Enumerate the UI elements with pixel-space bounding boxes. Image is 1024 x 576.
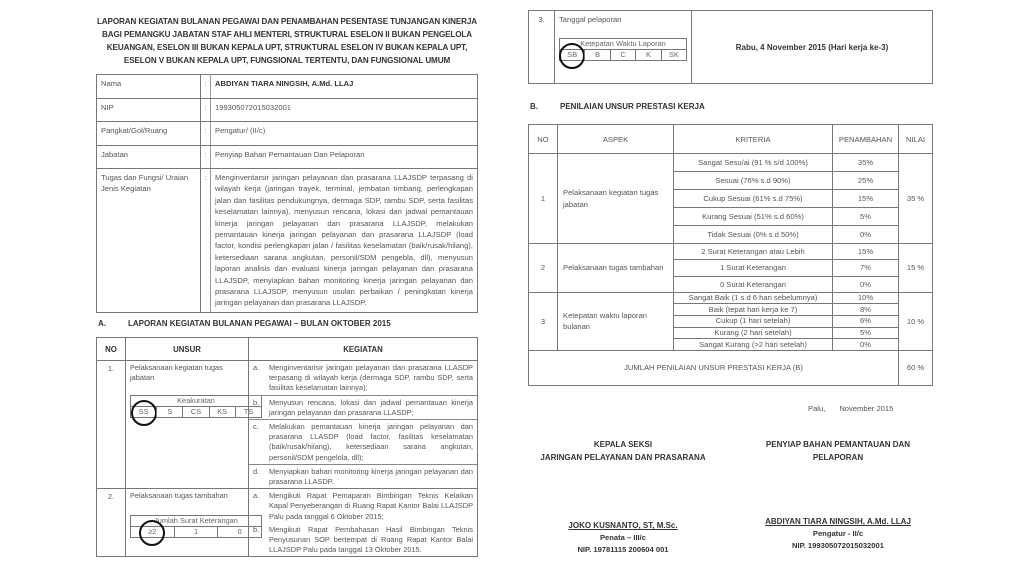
- kriteria-cell: Kurang Sesuai (51% s.d 60%): [674, 208, 833, 226]
- row-number: 3.: [529, 11, 555, 84]
- row-number: 1.: [97, 361, 126, 489]
- kriteria-cell: Tidak Sesuai (0% s.d 50%): [674, 226, 833, 244]
- identity-row-tugas: Tugas dan Fungsi/ Uraian Jenis Kegiatan …: [97, 169, 478, 313]
- penambahan-cell: 5%: [833, 327, 899, 339]
- penambahan-cell: 7%: [833, 260, 899, 276]
- item-label: c.: [253, 422, 269, 463]
- identity-row-pangkat: Pangkat/Gol/Ruang : Pengatur/ (II/c): [97, 122, 478, 146]
- column-header-no: NO: [97, 338, 126, 361]
- identity-label: NIP: [97, 98, 201, 122]
- column-header-no: NO: [529, 125, 558, 154]
- penambahan-cell: 25%: [833, 172, 899, 190]
- scale-option: 0: [217, 527, 261, 537]
- penambahan-cell: 6%: [833, 316, 899, 328]
- identity-value: ABDIYAN TIARA NINGSIH, A.Md. LLAJ: [211, 75, 478, 99]
- section-b-heading: B.PENILAIAN UNSUR PRESTASI KERJA: [530, 102, 705, 111]
- penambahan-cell: 15%: [833, 244, 899, 260]
- total-label: JUMLAH PENILAIAN UNSUR PRESTASI KERJA (B…: [529, 350, 899, 385]
- signature-kepala-seksi: KEPALA SEKSI JARINGAN PELAYANAN DAN PRAS…: [538, 438, 708, 556]
- penambahan-cell: 5%: [833, 208, 899, 226]
- item-text: Menginventarisir jaringan pelayanan dan …: [269, 363, 473, 394]
- total-row: JUMLAH PENILAIAN UNSUR PRESTASI KERJA (B…: [529, 350, 933, 385]
- scale-option: CS: [182, 407, 208, 417]
- item-label: a.: [253, 491, 269, 522]
- penambahan-cell: 0%: [833, 276, 899, 292]
- kriteria-cell: 2 Surat Keterangan atau Lebih: [674, 244, 833, 260]
- row-number: 1: [529, 154, 558, 244]
- scale-option: KS: [209, 407, 235, 417]
- kegiatan-row: 2. Pelaksanaan tugas tambahan Jumlah Sur…: [97, 489, 478, 557]
- kegiatan-cell: a.Menginventarisir jaringan pelayanan da…: [249, 361, 478, 489]
- aspek-cell: Pelaksanaan kegiatan tugas jabatan: [558, 154, 674, 244]
- laporan-row: 3. Tanggal pelaporan Ketepatan Waktu Lap…: [529, 11, 933, 84]
- signature-role: PENYIAP BAHAN PEMANTAUAN DAN: [753, 438, 923, 451]
- signature-name: JOKO KUSNANTO, ST, M.Sc.: [538, 520, 708, 532]
- section-number: A.: [98, 319, 128, 328]
- kriteria-cell: 0 Surat Keterangan: [674, 276, 833, 292]
- item-label: a.: [253, 363, 269, 394]
- signature-nip: NIP. 19781115 200604 001: [538, 544, 708, 556]
- kegiatan-item: b.Menyusun rencana, lokasi dan jadwal pe…: [249, 396, 477, 420]
- nilai-cell: 10 %: [899, 292, 933, 350]
- prestasi-row: 1Pelaksanaan kegiatan tugas jabatanSanga…: [529, 154, 933, 172]
- kriteria-cell: Kurang (2 hari setelah): [674, 327, 833, 339]
- kriteria-cell: Sangat Kurang (>2 hari setelah): [674, 339, 833, 351]
- kriteria-cell: Sesuai (76% s.d 90%): [674, 172, 833, 190]
- prestasi-header-row: NO ASPEK KRITERIA PENAMBAHAN NILAI: [529, 125, 933, 154]
- penambahan-cell: 35%: [833, 154, 899, 172]
- prestasi-body: 1Pelaksanaan kegiatan tugas jabatanSanga…: [529, 154, 933, 351]
- column-header-kriteria: KRITERIA: [674, 125, 833, 154]
- nilai-cell: 15 %: [899, 244, 933, 293]
- signature-penyiap-bahan: PENYIAP BAHAN PEMANTAUAN DAN PELAPORAN A…: [753, 438, 923, 552]
- item-text: Menyusun rencana, lokasi dan jadwal pema…: [269, 398, 473, 418]
- keakuratan-scale: Keakuratan SS S CS KS TS: [130, 395, 262, 418]
- laporan-label: Tanggal pelaporan: [559, 15, 687, 24]
- identity-label: Jabatan: [97, 145, 201, 169]
- identity-row-nama: Nama : ABDIYAN TIARA NINGSIH, A.Md. LLAJ: [97, 75, 478, 99]
- kegiatan-table: NO UNSUR KEGIATAN 1. Pelaksanaan kegiata…: [96, 337, 478, 557]
- unsur-text: Pelaksanaan kegiatan tugas jabatan: [130, 363, 244, 383]
- penambahan-cell: 10%: [833, 292, 899, 304]
- unsur-cell: Pelaksanaan tugas tambahan Jumlah Surat …: [126, 489, 249, 557]
- surat-keterangan-scale: Jumlah Surat Keterangan ≥2 1 0: [130, 515, 262, 538]
- scale-option-selected: SS: [131, 407, 156, 417]
- date: November 2015: [839, 404, 893, 413]
- identity-separator: :: [201, 145, 211, 169]
- kegiatan-header-row: NO UNSUR KEGIATAN: [97, 338, 478, 361]
- kegiatan-item: d.Menyiapkan bahan monitoring kinerja ja…: [249, 465, 477, 488]
- column-header-penambahan: PENAMBAHAN: [833, 125, 899, 154]
- item-text: Mengikuti Rapat Pemaparan Bimbingan Tekn…: [269, 491, 473, 522]
- column-header-unsur: UNSUR: [126, 338, 249, 361]
- scale-option: 1: [174, 527, 218, 537]
- section-title: PENILAIAN UNSUR PRESTASI KERJA: [560, 102, 705, 111]
- kegiatan-cell: a.Mengikuti Rapat Pemaparan Bimbingan Te…: [249, 489, 478, 557]
- scale-option: C: [610, 50, 635, 60]
- section-number: B.: [530, 102, 560, 111]
- row-number: 2: [529, 244, 558, 293]
- unsur-text: Pelaksanaan tugas tambahan: [130, 491, 244, 501]
- signature-role: PELAPORAN: [753, 451, 923, 464]
- identity-table: Nama : ABDIYAN TIARA NINGSIH, A.Md. LLAJ…: [96, 74, 478, 313]
- identity-separator: :: [201, 169, 211, 313]
- signature-role: JARINGAN PELAYANAN DAN PRASARANA: [538, 451, 708, 464]
- kegiatan-item: b.Mengikuti Rapat Pembahasan Hasil Bimbi…: [249, 523, 477, 557]
- scale-option-selected: SB: [560, 50, 584, 60]
- scale-option: S: [156, 407, 182, 417]
- item-label: d.: [253, 467, 269, 487]
- scale-option: SK: [661, 50, 686, 60]
- signature-rank: Penata – III/c: [538, 532, 708, 544]
- kriteria-cell: 1 Surat Keterangan: [674, 260, 833, 276]
- scale-option: TS: [235, 407, 261, 417]
- kriteria-cell: Sangat Sesu/ai (91 % s/d 100%): [674, 154, 833, 172]
- item-text: Melakukan pemantauan kinerja jaringan pe…: [269, 422, 473, 463]
- scale-option: B: [584, 50, 609, 60]
- identity-row-jabatan: Jabatan : Penyiap Bahan Pemantauan Dan P…: [97, 145, 478, 169]
- column-header-nilai: NILAI: [899, 125, 933, 154]
- section-title: LAPORAN KEGIATAN BULANAN PEGAWAI – BULAN…: [128, 319, 391, 328]
- signature-role: KEPALA SEKSI: [538, 438, 708, 451]
- place-date: Palu,November 2015: [808, 404, 893, 413]
- signature-rank: Pengatur - II/c: [753, 528, 923, 540]
- item-text: Mengikuti Rapat Pembahasan Hasil Bimbing…: [269, 525, 473, 556]
- nilai-cell: 35 %: [899, 154, 933, 244]
- kegiatan-item: a.Menginventarisir jaringan pelayanan da…: [249, 361, 477, 396]
- tanggal-pelaporan-table: 3. Tanggal pelaporan Ketepatan Waktu Lap…: [528, 10, 933, 84]
- identity-label: Tugas dan Fungsi/ Uraian Jenis Kegiatan: [97, 169, 201, 313]
- aspek-cell: Pelaksanaan tugas tambahan: [558, 244, 674, 293]
- identity-value: Penyiap Bahan Pemantauan Dan Pelaporan: [211, 145, 478, 169]
- kriteria-cell: Baik (tepat hari kerja ke 7): [674, 304, 833, 316]
- penambahan-cell: 0%: [833, 339, 899, 351]
- document-title: LAPORAN KEGIATAN BULANAN PEGAWAI DAN PEN…: [96, 15, 478, 67]
- penambahan-cell: 0%: [833, 226, 899, 244]
- identity-separator: :: [201, 98, 211, 122]
- identity-value: Pengatur/ (II/c): [211, 122, 478, 146]
- aspek-cell: Ketepatan waktu laporan bulanan: [558, 292, 674, 350]
- prestasi-row: 3Ketepatan waktu laporan bulananSangat B…: [529, 292, 933, 304]
- column-header-kegiatan: KEGIATAN: [249, 338, 478, 361]
- unsur-cell: Pelaksanaan kegiatan tugas jabatan Keaku…: [126, 361, 249, 489]
- total-value: 60 %: [899, 350, 933, 385]
- identity-separator: :: [201, 75, 211, 99]
- row-number: 3: [529, 292, 558, 350]
- place: Palu,: [808, 404, 825, 413]
- scale-option: K: [635, 50, 660, 60]
- kegiatan-item: c.Melakukan pemantauan kinerja jaringan …: [249, 420, 477, 465]
- prestasi-table: NO ASPEK KRITERIA PENAMBAHAN NILAI 1Pela…: [528, 124, 933, 386]
- kriteria-cell: Cukup (1 hari setelah): [674, 316, 833, 328]
- kegiatan-row: 1. Pelaksanaan kegiatan tugas jabatan Ke…: [97, 361, 478, 489]
- laporan-date-value: Rabu, 4 November 2015 (Hari kerja ke-3): [692, 11, 933, 84]
- ketepatan-waktu-scale: Ketepatan Waktu Laporan SB B C K SK: [559, 38, 687, 61]
- signature-nip: NIP. 199305072015032001: [753, 540, 923, 552]
- penambahan-cell: 15%: [833, 190, 899, 208]
- kriteria-cell: Cukup Sesuai (61% s.d 75%): [674, 190, 833, 208]
- item-text: Menyiapkan bahan monitoring kinerja jari…: [269, 467, 473, 487]
- identity-value: 199305072015032001: [211, 98, 478, 122]
- identity-value: Menginventarsir jaringan pelayanan dan p…: [211, 169, 478, 313]
- signature-name: ABDIYAN TIARA NINGSIH, A.Md. LLAJ: [753, 516, 923, 528]
- scale-option-selected: ≥2: [131, 527, 174, 537]
- laporan-label-cell: Tanggal pelaporan Ketepatan Waktu Lapora…: [555, 11, 692, 84]
- identity-separator: :: [201, 122, 211, 146]
- row-number: 2.: [97, 489, 126, 557]
- kriteria-cell: Sangat Baik (1 s.d 6 hari sebelumnya): [674, 292, 833, 304]
- identity-row-nip: NIP : 199305072015032001: [97, 98, 478, 122]
- identity-label: Pangkat/Gol/Ruang: [97, 122, 201, 146]
- prestasi-row: 2Pelaksanaan tugas tambahan2 Surat Keter…: [529, 244, 933, 260]
- kegiatan-item: a.Mengikuti Rapat Pemaparan Bimbingan Te…: [249, 489, 477, 523]
- penambahan-cell: 8%: [833, 304, 899, 316]
- identity-label: Nama: [97, 75, 201, 99]
- column-header-aspek: ASPEK: [558, 125, 674, 154]
- section-a-heading: A.LAPORAN KEGIATAN BULANAN PEGAWAI – BUL…: [98, 319, 391, 328]
